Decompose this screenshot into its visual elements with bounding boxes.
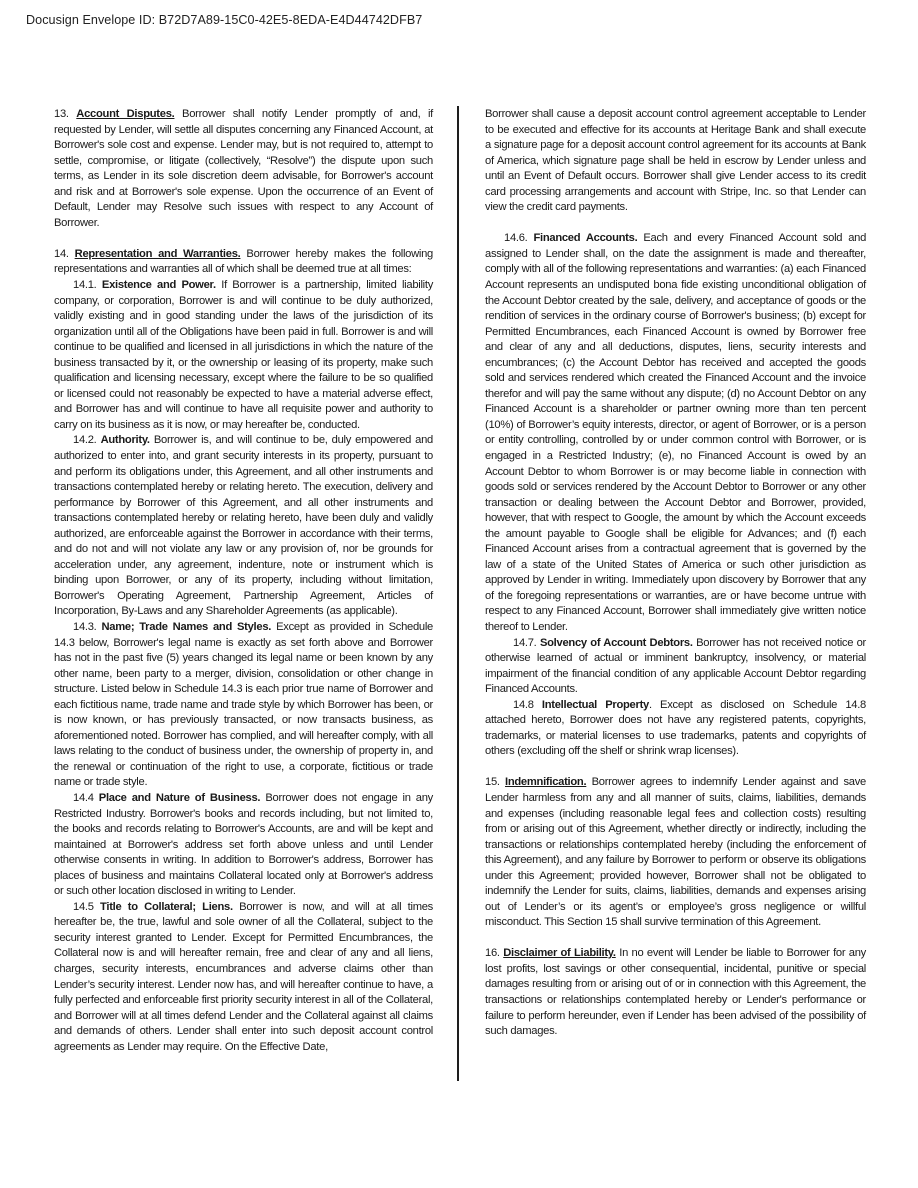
- section-heading: Solvency of Account Debtors.: [540, 637, 693, 649]
- section-number: 14.5: [73, 901, 100, 913]
- section-body: Borrower is, and will continue to be, du…: [54, 434, 433, 617]
- section-body: Borrower agrees to indemnify Lender agai…: [485, 776, 866, 928]
- section-body: In no event will Lender be liable to Bor…: [485, 947, 866, 1037]
- section-number: 15.: [485, 776, 505, 788]
- section-14-8-intellectual-property: 14.8 Intellectual Property. Except as di…: [485, 698, 866, 760]
- section-body: Borrower does not engage in any Restrict…: [54, 792, 433, 897]
- left-column: 13. Account Disputes. Borrower shall not…: [54, 107, 433, 1055]
- paragraph-spacer: [485, 760, 866, 776]
- section-14-4-place-of-business: 14.4 Place and Nature of Business. Borro…: [54, 791, 433, 900]
- section-number: 14.4: [73, 792, 99, 804]
- section-body: Each and every Financed Account sold and…: [485, 232, 866, 633]
- section-14-2-authority: 14.2. Authority. Borrower is, and will c…: [54, 433, 433, 620]
- section-number: 14.6.: [504, 232, 533, 244]
- section-heading: Existence and Power.: [102, 279, 216, 291]
- section-number: 14.7.: [513, 637, 540, 649]
- section-heading: Disclaimer of Liability.: [503, 947, 616, 959]
- section-body: Except as provided in Schedule 14.3 belo…: [54, 621, 433, 788]
- section-heading: Financed Accounts.: [533, 232, 637, 244]
- paragraph-spacer: [54, 231, 433, 247]
- section-14-3-trade-names: 14.3. Name; Trade Names and Styles. Exce…: [54, 620, 433, 791]
- section-number: 14.: [54, 248, 75, 260]
- section-body: Borrower is now, and will at all times h…: [54, 901, 433, 1053]
- section-number: 14.1.: [73, 279, 102, 291]
- section-heading: Place and Nature of Business.: [99, 792, 260, 804]
- docusign-envelope-id: Docusign Envelope ID: B72D7A89-15C0-42E5…: [26, 13, 422, 27]
- section-body: If Borrower is a partnership, limited li…: [54, 279, 433, 431]
- section-heading: Account Disputes.: [76, 108, 174, 120]
- section-number: 16.: [485, 947, 503, 959]
- section-body: Borrower shall cause a deposit account c…: [485, 108, 866, 213]
- section-14-5-continued: Borrower shall cause a deposit account c…: [485, 107, 866, 216]
- section-heading: Intellectual Property: [542, 699, 649, 711]
- section-heading: Authority.: [101, 434, 150, 446]
- section-number: 14.2.: [73, 434, 101, 446]
- paragraph-spacer: [485, 931, 866, 947]
- column-divider: [457, 106, 459, 1081]
- section-14-6-financed-accounts: 14.6. Financed Accounts. Each and every …: [485, 231, 866, 635]
- section-13-account-disputes: 13. Account Disputes. Borrower shall not…: [54, 107, 433, 231]
- section-heading: Representation and Warranties.: [75, 248, 241, 260]
- section-14-representation-and-warranties: 14. Representation and Warranties. Borro…: [54, 247, 433, 278]
- section-heading: Name; Trade Names and Styles.: [101, 621, 271, 633]
- section-14-1-existence-and-power: 14.1. Existence and Power. If Borrower i…: [54, 278, 433, 433]
- section-15-indemnification: 15. Indemnification. Borrower agrees to …: [485, 775, 866, 930]
- section-14-5-title-to-collateral: 14.5 Title to Collateral; Liens. Borrowe…: [54, 900, 433, 1055]
- section-number: 13.: [54, 108, 76, 120]
- right-column: Borrower shall cause a deposit account c…: [485, 107, 866, 1040]
- section-heading: Indemnification.: [505, 776, 586, 788]
- section-14-7-solvency: 14.7. Solvency of Account Debtors. Borro…: [485, 636, 866, 698]
- section-16-disclaimer-of-liability: 16. Disclaimer of Liability. In no event…: [485, 946, 866, 1039]
- section-number: 14.3.: [73, 621, 101, 633]
- section-number: 14.8: [513, 699, 542, 711]
- section-heading: Title to Collateral; Liens.: [100, 901, 233, 913]
- section-body: Borrower shall notify Lender promptly of…: [54, 108, 433, 229]
- paragraph-spacer: [485, 216, 866, 232]
